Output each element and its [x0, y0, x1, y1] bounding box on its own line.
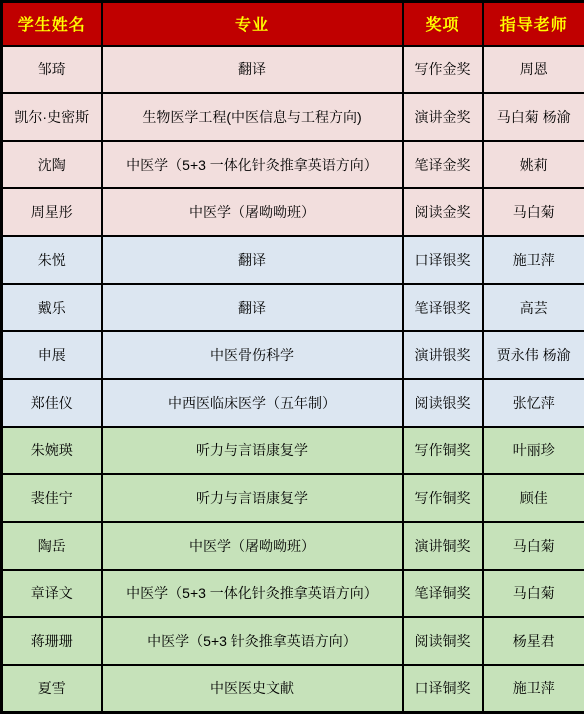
table-row: 邹琦 翻译 写作金奖 周恩: [2, 46, 584, 94]
award-cell: 口译银奖: [403, 236, 483, 284]
advisor-cell: 马白菊: [483, 188, 584, 236]
table-row: 凯尔·史密斯 生物医学工程(中医信息与工程方向) 演讲金奖 马白菊 杨渝: [2, 93, 584, 141]
advisor-cell: 张忆萍: [483, 379, 584, 427]
major-cell: 中西医临床医学（五年制）: [102, 379, 403, 427]
advisor-cell: 高芸: [483, 284, 584, 332]
major-cell: 生物医学工程(中医信息与工程方向): [102, 93, 403, 141]
table-row: 郑佳仪 中西医临床医学（五年制） 阅读银奖 张忆萍: [2, 379, 584, 427]
major-cell: 翻译: [102, 46, 403, 94]
award-cell: 口译铜奖: [403, 665, 483, 713]
award-cell: 笔译金奖: [403, 141, 483, 189]
student-name-cell: 郑佳仪: [2, 379, 102, 427]
student-name-cell: 沈陶: [2, 141, 102, 189]
advisor-cell: 施卫萍: [483, 665, 584, 713]
award-cell: 写作金奖: [403, 46, 483, 94]
major-cell: 中医医史文献: [102, 665, 403, 713]
header-cell-student-name: 学生姓名: [2, 2, 102, 46]
award-cell: 阅读铜奖: [403, 617, 483, 665]
student-name-cell: 章译文: [2, 570, 102, 618]
advisor-cell: 杨星君: [483, 617, 584, 665]
student-name-cell: 戴乐: [2, 284, 102, 332]
student-name-cell: 夏雪: [2, 665, 102, 713]
major-cell: 听力与言语康复学: [102, 427, 403, 475]
header-row: 学生姓名 专业 奖项 指导老师: [2, 2, 584, 46]
award-cell: 写作铜奖: [403, 474, 483, 522]
student-name-cell: 裴佳宁: [2, 474, 102, 522]
table-row: 陶岳 中医学（屠呦呦班） 演讲铜奖 马白菊: [2, 522, 584, 570]
table-row: 朱悦 翻译 口译银奖 施卫萍: [2, 236, 584, 284]
award-cell: 演讲金奖: [403, 93, 483, 141]
major-cell: 中医学（5+3 一体化针灸推拿英语方向）: [102, 141, 403, 189]
award-cell: 笔译铜奖: [403, 570, 483, 618]
award-cell: 笔译银奖: [403, 284, 483, 332]
advisor-cell: 顾佳: [483, 474, 584, 522]
advisor-cell: 姚莉: [483, 141, 584, 189]
student-name-cell: 朱婉瑛: [2, 427, 102, 475]
student-name-cell: 朱悦: [2, 236, 102, 284]
advisor-cell: 周恩: [483, 46, 584, 94]
student-name-cell: 蒋珊珊: [2, 617, 102, 665]
major-cell: 中医学（5+3 一体化针灸推拿英语方向）: [102, 570, 403, 618]
award-cell: 演讲铜奖: [403, 522, 483, 570]
major-cell: 中医学（屠呦呦班）: [102, 522, 403, 570]
table-row: 戴乐 翻译 笔译银奖 高芸: [2, 284, 584, 332]
student-name-cell: 周星彤: [2, 188, 102, 236]
major-cell: 中医学（5+3 针灸推拿英语方向）: [102, 617, 403, 665]
major-cell: 翻译: [102, 284, 403, 332]
header-cell-award: 奖项: [403, 2, 483, 46]
table-row: 裴佳宁 听力与言语康复学 写作铜奖 顾佳: [2, 474, 584, 522]
award-cell: 演讲银奖: [403, 331, 483, 379]
advisor-cell: 叶丽珍: [483, 427, 584, 475]
advisor-cell: 施卫萍: [483, 236, 584, 284]
header-cell-major: 专业: [102, 2, 403, 46]
table-row: 蒋珊珊 中医学（5+3 针灸推拿英语方向） 阅读铜奖 杨星君: [2, 617, 584, 665]
award-cell: 阅读金奖: [403, 188, 483, 236]
table-row: 沈陶 中医学（5+3 一体化针灸推拿英语方向） 笔译金奖 姚莉: [2, 141, 584, 189]
table-row: 夏雪 中医医史文献 口译铜奖 施卫萍: [2, 665, 584, 713]
major-cell: 听力与言语康复学: [102, 474, 403, 522]
advisor-cell: 马白菊: [483, 570, 584, 618]
table-row: 章译文 中医学（5+3 一体化针灸推拿英语方向） 笔译铜奖 马白菊: [2, 570, 584, 618]
award-cell: 写作铜奖: [403, 427, 483, 475]
advisor-cell: 马白菊 杨渝: [483, 93, 584, 141]
major-cell: 中医学（屠呦呦班）: [102, 188, 403, 236]
table-row: 朱婉瑛 听力与言语康复学 写作铜奖 叶丽珍: [2, 427, 584, 475]
student-name-cell: 陶岳: [2, 522, 102, 570]
major-cell: 翻译: [102, 236, 403, 284]
header-cell-advisor: 指导老师: [483, 2, 584, 46]
advisor-cell: 马白菊: [483, 522, 584, 570]
student-name-cell: 申展: [2, 331, 102, 379]
advisor-cell: 贾永伟 杨渝: [483, 331, 584, 379]
major-cell: 中医骨伤科学: [102, 331, 403, 379]
student-awards-table: 学生姓名 专业 奖项 指导老师 邹琦 翻译 写作金奖 周恩 凯尔·史密斯 生物医…: [0, 0, 584, 714]
table-row: 申展 中医骨伤科学 演讲银奖 贾永伟 杨渝: [2, 331, 584, 379]
award-cell: 阅读银奖: [403, 379, 483, 427]
student-name-cell: 邹琦: [2, 46, 102, 94]
table-row: 周星彤 中医学（屠呦呦班） 阅读金奖 马白菊: [2, 188, 584, 236]
student-name-cell: 凯尔·史密斯: [2, 93, 102, 141]
